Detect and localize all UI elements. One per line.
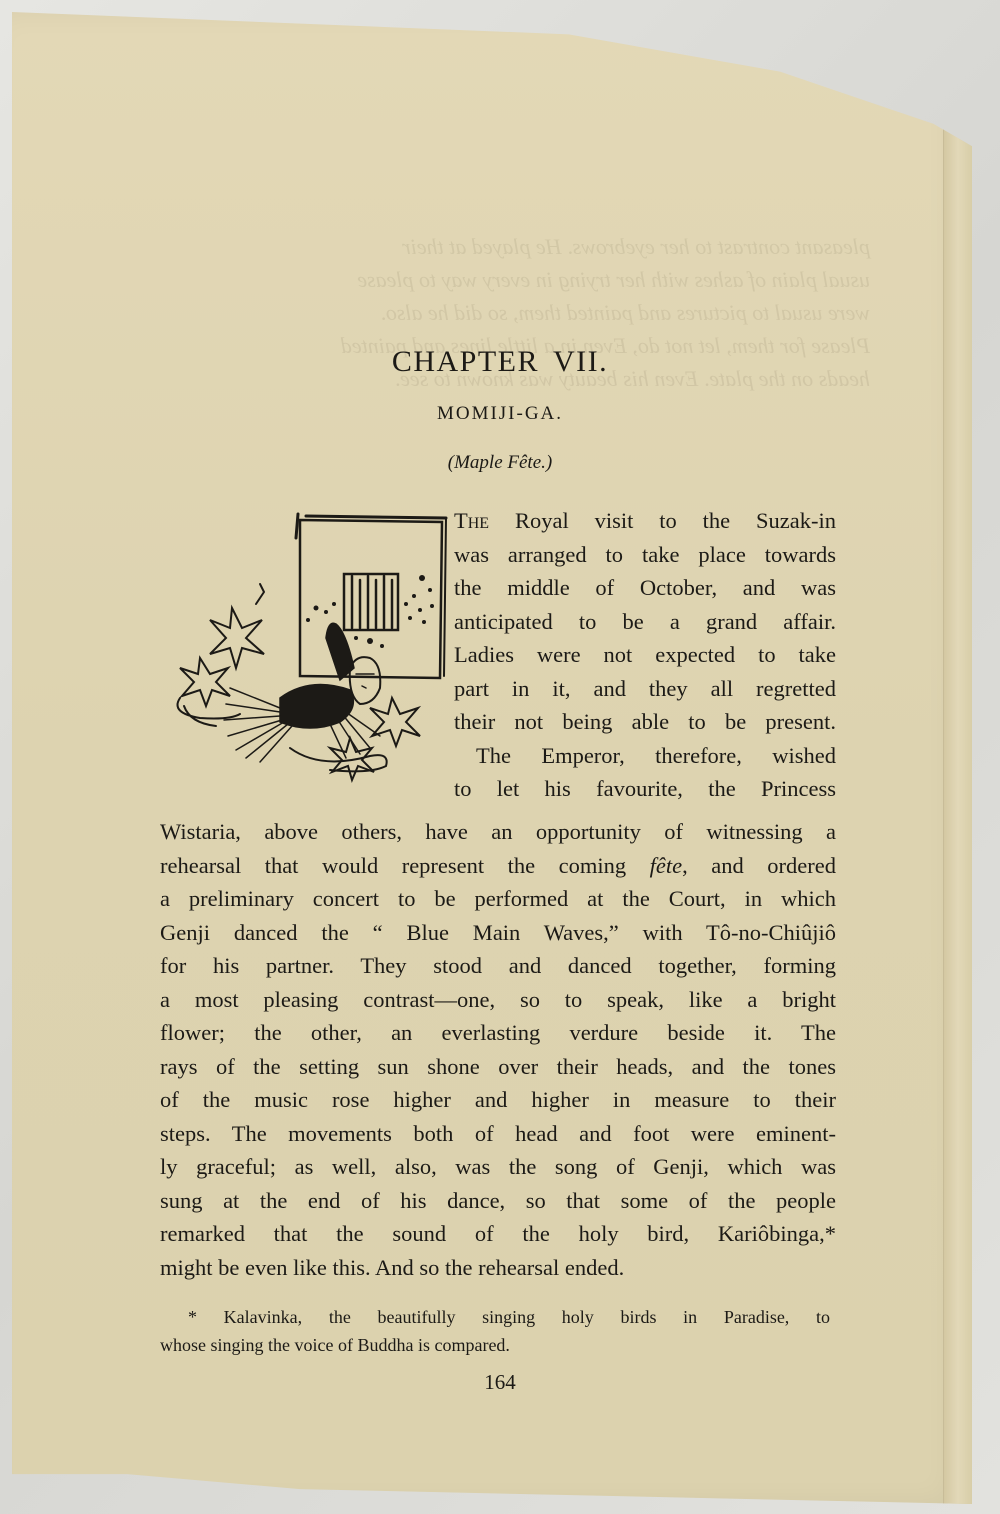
text-line: anticipated to be a grand affair. [454, 605, 836, 639]
text-line: a most pleasing contrast—one, so to spea… [160, 983, 836, 1017]
text-line: for his partner. They stood and danced t… [160, 949, 836, 983]
full-paragraph: Wistaria, above others, have an opportun… [160, 815, 836, 1284]
text-line: their not being able to be present. [454, 705, 836, 739]
next-page-edge [943, 62, 972, 1514]
text-line: The Emperor, therefore, wished [454, 739, 836, 773]
text-line: was arranged to take place towards [454, 538, 836, 572]
page-number: 164 [0, 1370, 1000, 1395]
text-line: remarked that the sound of the holy bird… [160, 1217, 836, 1251]
chapter-heading: CHAPTERVII. [0, 345, 1000, 379]
drop-word: The [454, 508, 489, 533]
maple-courtier-vignette-icon [170, 508, 450, 793]
chapter-subtitle: (Maple Fête.) [0, 452, 1000, 474]
text-line: Wistaria, above others, have an opportun… [160, 815, 836, 849]
italic-word: fête [650, 853, 682, 878]
wrapped-paragraph: The Royal visit to the Suzak-in was arra… [454, 504, 836, 806]
footnote-line: whose singing the voice of Buddha is com… [160, 1331, 830, 1359]
text-line: sung at the end of his dance, so that so… [160, 1184, 836, 1218]
text-line: The Royal visit to the Suzak-in [454, 504, 836, 538]
text-line: might be even like this. And so the rehe… [160, 1251, 836, 1285]
text-line: rehearsal that would represent the comin… [160, 849, 836, 883]
text-line: rays of the setting sun shone over their… [160, 1050, 836, 1084]
text-line: the middle of October, and was [454, 571, 836, 605]
text-line: part in it, and they all regretted [454, 672, 836, 706]
chapter-label: CHAPTER [392, 345, 539, 378]
footnote-line: * Kalavinka, the beautifully singing hol… [160, 1303, 830, 1331]
text-line: of the music rose higher and higher in m… [160, 1083, 836, 1117]
text-line: flower; the other, an everlasting verdur… [160, 1016, 836, 1050]
text-line: Ladies were not expected to take [454, 638, 836, 672]
chapter-number: VII. [553, 345, 608, 378]
text-line: Genji danced the “ Blue Main Waves,” wit… [160, 916, 836, 950]
text-line: steps. The movements both of head and fo… [160, 1117, 836, 1151]
footnote: * Kalavinka, the beautifully singing hol… [160, 1303, 830, 1359]
text-line: ly graceful; as well, also, was the song… [160, 1150, 836, 1184]
text-line: a preliminary concert to be performed at… [160, 882, 836, 916]
text-line: to let his favourite, the Princess [454, 772, 836, 806]
chapter-title: MOMIJI-GA. [0, 403, 1000, 425]
